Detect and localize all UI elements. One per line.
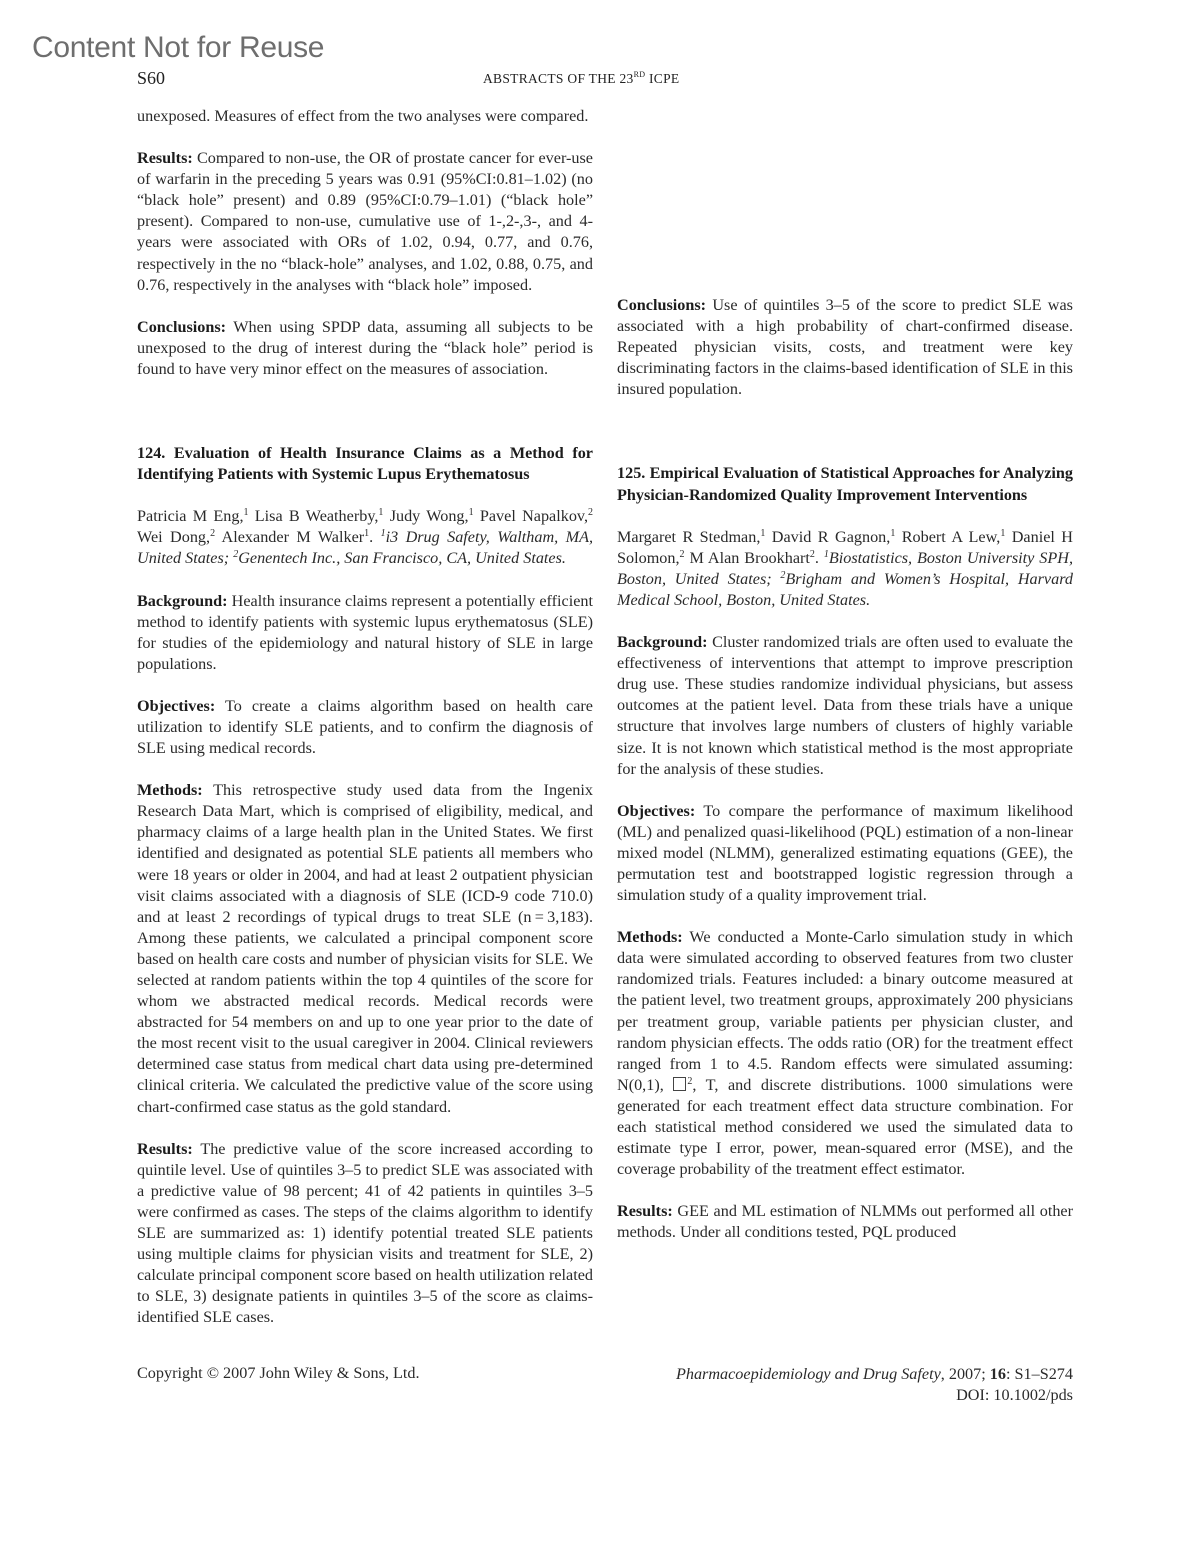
section-label: Results: <box>617 1202 673 1220</box>
watermark: Content Not for Reuse <box>32 31 324 65</box>
running-head-sup: RD <box>634 70 646 79</box>
author: Pavel Napalkov, <box>474 507 588 525</box>
right-column: Conclusions: Use of quintiles 3–5 of the… <box>617 106 1073 1264</box>
section-label: Results: <box>137 149 193 167</box>
journal-year: , 2007; <box>941 1365 990 1383</box>
author: Margaret R Stedman, <box>617 528 760 546</box>
abstract-124-title: 124. Evaluation of Health Insurance Clai… <box>137 443 593 485</box>
aff-mark: 2 <box>810 549 815 560</box>
affiliation: Genentech Inc., San Francisco, CA, Unite… <box>238 549 566 567</box>
running-head: ABSTRACTS OF THE 23RD ICPE <box>483 70 679 87</box>
running-head-suffix: ICPE <box>645 71 679 86</box>
section-text: The predictive value of the score increa… <box>137 1140 593 1327</box>
section-label: Results: <box>137 1140 193 1158</box>
journal-volume: 16 <box>990 1365 1006 1383</box>
author: David R Gagnon, <box>765 528 890 546</box>
abstract-125-methods: Methods: We conducted a Monte-Carlo simu… <box>617 927 1073 1180</box>
abstract-124-authors: Patricia M Eng,1 Lisa B Weatherby,1 Judy… <box>137 506 593 569</box>
page-number: S60 <box>137 68 165 89</box>
prev-abstract-results: Results: Compared to non-use, the OR of … <box>137 148 593 296</box>
prev-abstract-tail: unexposed. Measures of effect from the t… <box>137 106 593 127</box>
author: Lisa B Weatherby, <box>249 507 379 525</box>
author: Wei Dong, <box>137 528 210 546</box>
section-label: Background: <box>137 592 228 610</box>
section-text: This retrospective study used data from … <box>137 781 593 1115</box>
author: Alexander M Walker <box>215 528 364 546</box>
section-label: Background: <box>617 633 708 651</box>
section-label: Objectives: <box>617 802 695 820</box>
journal-pages: : S1–S274 <box>1006 1365 1073 1383</box>
section-text: GEE and ML estimation of NLMMs out perfo… <box>617 1202 1073 1241</box>
doi: DOI: 10.1002/pds <box>676 1385 1073 1406</box>
aff-mark: 2 <box>588 507 593 518</box>
abstract-125-authors: Margaret R Stedman,1 David R Gagnon,1 Ro… <box>617 527 1073 611</box>
section-label: Conclusions: <box>617 296 706 314</box>
journal-citation: Pharmacoepidemiology and Drug Safety, 20… <box>676 1364 1073 1406</box>
author: Judy Wong, <box>383 507 468 525</box>
section-text: Cluster randomized trials are often used… <box>617 633 1073 778</box>
author: Patricia M Eng, <box>137 507 244 525</box>
section-label: Methods: <box>617 928 683 946</box>
section-text: Compared to non-use, the OR of prostate … <box>137 149 593 294</box>
abstract-124-conclusions: Conclusions: Use of quintiles 3–5 of the… <box>617 295 1073 400</box>
abstract-125-results: Results: GEE and ML estimation of NLMMs … <box>617 1201 1073 1243</box>
abstract-124-objectives: Objectives: To create a claims algorithm… <box>137 696 593 759</box>
abstract-125-title: 125. Empirical Evaluation of Statistical… <box>617 463 1073 505</box>
abstract-125-background: Background: Cluster randomized trials ar… <box>617 632 1073 780</box>
journal-name: Pharmacoepidemiology and Drug Safety <box>676 1365 941 1383</box>
author: M Alan Brookhart <box>685 549 810 567</box>
running-head-text: ABSTRACTS OF THE 23 <box>483 71 634 86</box>
abstract-125-objectives: Objectives: To compare the performance o… <box>617 801 1073 906</box>
prev-abstract-conclusions: Conclusions: When using SPDP data, assum… <box>137 317 593 380</box>
section-label: Objectives: <box>137 697 215 715</box>
section-text: We conducted a Monte-Carlo simulation st… <box>617 928 1073 1094</box>
left-column: unexposed. Measures of effect from the t… <box>137 106 593 1350</box>
copyright: Copyright © 2007 John Wiley & Sons, Ltd. <box>137 1364 420 1383</box>
section-text: , T, and discrete distributions. 1000 si… <box>617 1076 1073 1178</box>
author: Robert A Lew, <box>895 528 1000 546</box>
abstract-124-results: Results: The predictive value of the sco… <box>137 1139 593 1329</box>
section-label: Methods: <box>137 781 203 799</box>
aff-mark: 1 <box>364 528 369 539</box>
missing-glyph-box-icon <box>673 1077 686 1091</box>
abstract-124-methods: Methods: This retrospective study used d… <box>137 780 593 1118</box>
section-label: Conclusions: <box>137 318 226 336</box>
abstract-124-background: Background: Health insurance claims repr… <box>137 591 593 675</box>
